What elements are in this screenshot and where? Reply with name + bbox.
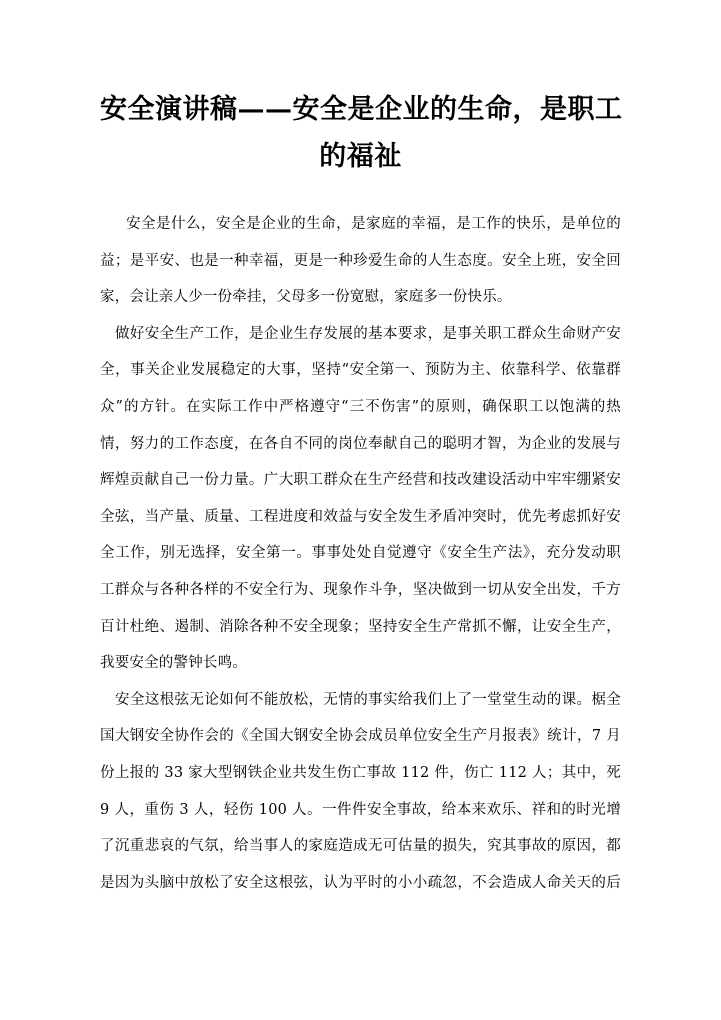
- body-line: 全，事关企业发展稳定的大事，坚持“安全第一、预防为主、依靠科学、依靠群: [100, 352, 621, 389]
- body-line: 国大钢安全协作会的《全国大钢安全协会成员单位安全生产月报表》统计，7 月: [100, 718, 621, 755]
- document-page: 安全演讲稿——安全是企业的生命，是职工 的福祉 安全是什么，安全是企业的生命，是…: [0, 0, 721, 1020]
- body-line: 益；是平安、也是一种幸福，更是一种珍爱生命的人生态度。安全上班，安全回: [100, 243, 621, 280]
- body-line: 家，会让亲人少一份牵挂，父母多一份宽慰，家庭多一份快乐。: [100, 279, 621, 316]
- document-body: 安全是什么，安全是企业的生命，是家庭的幸福，是工作的快乐，是单位的效 益；是平安…: [100, 206, 621, 901]
- document-title: 安全演讲稿——安全是企业的生命，是职工 的福祉: [100, 86, 621, 180]
- paragraph-1: 安全是什么，安全是企业的生命，是家庭的幸福，是工作的快乐，是单位的效 益；是平安…: [100, 206, 621, 316]
- body-line: 做好安全生产工作，是企业生存发展的基本要求，是事关职工群众生命财产安: [100, 316, 621, 353]
- body-line: 9 人，重伤 3 人，轻伤 100 人。一件件安全事故，给本来欢乐、祥和的时光增…: [100, 792, 621, 829]
- paragraph-3: 安全这根弦无论如何不能放松，无情的事实给我们上了一堂堂生动的课。椐全 国大钢安全…: [100, 682, 621, 902]
- body-line: 辉煌贡献自己一份力量。广大职工群众在生产经营和技改建设活动中牢牢绷紧安: [100, 462, 621, 499]
- body-line: 了沉重悲哀的气氛，给当事人的家庭造成无可估量的损失，究其事故的原因，都: [100, 828, 621, 865]
- title-line-2: 的福祉: [100, 133, 621, 180]
- body-line: 是因为头脑中放松了安全这根弦，认为平时的小小疏忽，不会造成人命关天的后: [100, 865, 621, 902]
- title-line-1: 安全演讲稿——安全是企业的生命，是职工: [100, 86, 621, 133]
- body-line: 安全是什么，安全是企业的生命，是家庭的幸福，是工作的快乐，是单位的效: [100, 206, 621, 243]
- body-line: 众”的方针。在实际工作中严格遵守“三不伤害”的原则，确保职工以饱满的热: [100, 389, 621, 426]
- body-line: 百计杜绝、遏制、消除各种不安全现象；坚持安全生产常抓不懈，让安全生产，: [100, 609, 621, 646]
- body-line: 全弦，当产量、质量、工程进度和效益与安全发生矛盾冲突时，优先考虑抓好安: [100, 499, 621, 536]
- body-line: 工群众与各种各样的不安全行为、现象作斗争，坚决做到一切从安全出发，千方: [100, 572, 621, 609]
- body-line: 我要安全的警钟长鸣。: [100, 645, 621, 682]
- body-line: 全工作，别无选择，安全第一。事事处处自觉遵守《安全生产法》，充分发动职: [100, 535, 621, 572]
- body-line: 安全这根弦无论如何不能放松，无情的事实给我们上了一堂堂生动的课。椐全: [100, 682, 621, 719]
- paragraph-2: 做好安全生产工作，是企业生存发展的基本要求，是事关职工群众生命财产安 全，事关企…: [100, 316, 621, 682]
- body-line: 情，努力的工作态度，在各自不同的岗位奉献自己的聪明才智，为企业的发展与: [100, 426, 621, 463]
- body-line: 份上报的 33 家大型钢铁企业共发生伤亡事故 112 件，伤亡 112 人；其中…: [100, 755, 621, 792]
